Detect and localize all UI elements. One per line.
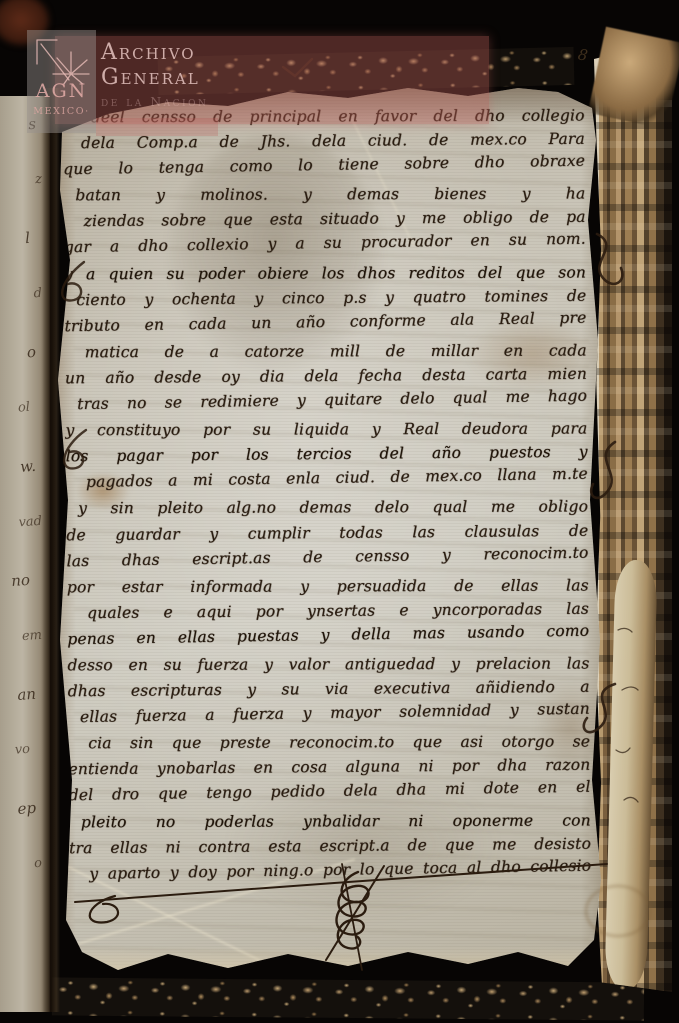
folio-number: 8 [577,45,590,64]
agn-logo-icon [31,34,91,84]
facing-page-text-fragment: o [0,343,37,363]
facing-page-text-fragment: no [0,571,31,591]
manuscript-line: cia sin que preste reconocim.to que asi … [68,729,590,757]
watermark-title-line2: General [101,67,200,89]
facing-page-text-fragment: em [6,628,43,645]
manuscript-line: por estar informada y persuadida de ella… [67,572,589,600]
manuscript-line: batan y molinos. y demas bienes y ha [63,181,585,209]
manuscript-photo: szldoolw.vadnoemanvoepo deel censso de p… [0,0,679,1023]
edge-ink-fragments [610,620,654,820]
left-margin-flourish [50,424,94,476]
manuscript-line: pleito no poderlas ynbalidar ni oponerme… [69,807,591,835]
watermark-logo-box: AGN MEXICO· [27,30,96,133]
facing-page-text-fragment: an [0,685,37,705]
manuscript-line: y constituyo por su liquida y Real deudo… [65,416,587,444]
facing-page-text-fragment: ep [0,799,37,819]
margin-swash [583,438,629,530]
watermark-title-line1: Archivo [101,42,196,64]
manuscript-line: y sin pleito alg.no demas delo qual me o… [66,494,588,522]
manuscript-line: y a quien su poder obiere los dhos redit… [64,259,586,287]
facing-page-text-fragment: vo [0,742,30,759]
watermark-acronym: AGN [27,80,96,102]
notarial-rubric-flourish [298,862,418,984]
margin-swash [585,228,631,310]
manuscript-text: deel censso de principal en favor del dh… [63,100,592,887]
facing-page-text-fragment: vad [6,514,43,531]
left-margin-flourish [50,258,94,310]
facing-page-text-fragment: l [0,229,31,249]
ring-stain [585,885,651,937]
torn-corner-top-right [588,27,679,130]
facing-page-text-fragment: ol [0,400,30,417]
manuscript-line: matica de a catorze mill de millar en ca… [65,337,587,365]
watermark-location: MEXICO· [27,106,96,117]
watermark-title-line3: de la Nacion [101,96,208,109]
manuscript-line: desso en su fuerza y valor antiguedad y … [67,650,589,678]
watermark-band-extension [96,118,218,136]
facing-page-text-fragment: w. [0,457,37,477]
facing-page-text-fragment: d [6,286,43,303]
facing-page-text-fragment: z [6,172,43,189]
facing-page-text-fragment: o [6,856,43,873]
